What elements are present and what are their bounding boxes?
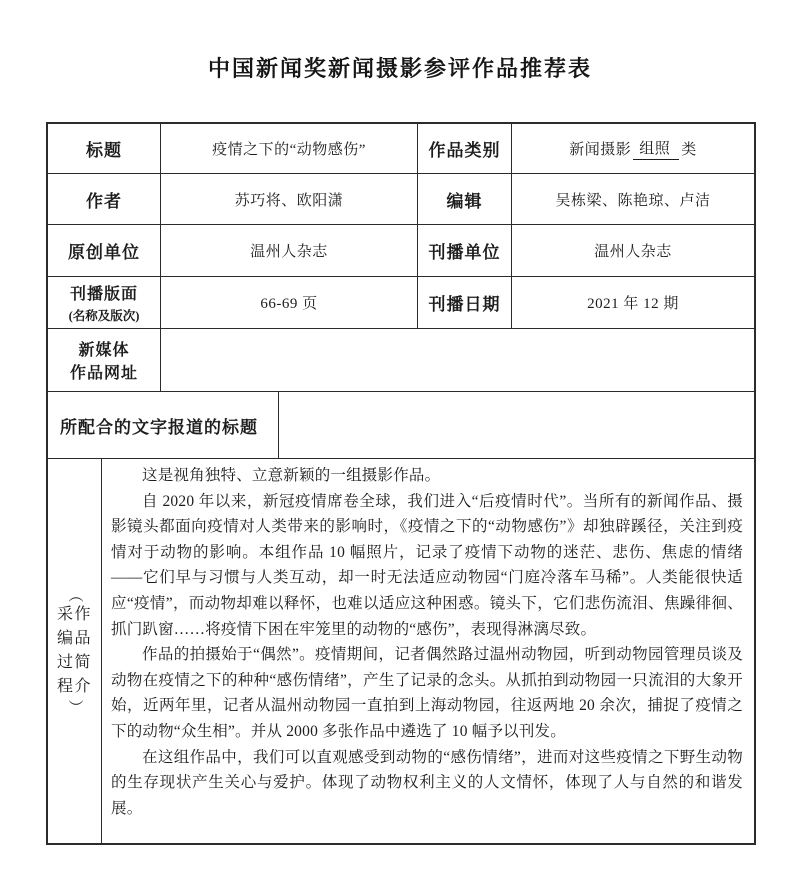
side-label-paren-close: ） bbox=[66, 699, 82, 714]
category-suffix: 类 bbox=[681, 138, 697, 159]
field-label-publish-date: 刊播日期 bbox=[418, 277, 512, 328]
intro-paragraph-4: 在这组作品中，我们可以直观感受到动物的“感伤情绪”，进而对这些疫情之下野生动物的… bbox=[111, 745, 743, 822]
form-row-author-editor: 作者 苏巧将、欧阳潇 编辑 吴栋梁、陈艳琼、卢洁 bbox=[48, 174, 754, 225]
side-label-pair-4: 程介 bbox=[57, 675, 92, 699]
publish-page-label-line2: (名称及版次) bbox=[69, 306, 140, 324]
field-value-editor: 吴栋梁、陈艳琼、卢洁 bbox=[512, 174, 754, 224]
work-intro-side-label: （ 采作 编品 过简 程介 ） bbox=[48, 459, 102, 843]
field-label-author: 作者 bbox=[48, 174, 161, 224]
field-value-category: 新闻摄影 组照 类 bbox=[512, 124, 754, 173]
field-value-author: 苏巧将、欧阳潇 bbox=[161, 174, 418, 224]
field-label-origin-unit: 原创单位 bbox=[48, 225, 161, 276]
side-label-pair-1: 采作 bbox=[57, 603, 92, 627]
category-fill-underline: 组照 bbox=[633, 137, 679, 160]
side-label-pair-2: 编品 bbox=[57, 627, 92, 651]
new-media-label-line2: 作品网址 bbox=[70, 360, 138, 383]
field-label-publish-page: 刊播版面 (名称及版次) bbox=[48, 277, 161, 328]
field-value-work-title: 疫情之下的“动物感伤” bbox=[161, 124, 418, 173]
field-value-publish-date: 2021 年 12 期 bbox=[512, 277, 754, 328]
field-value-new-media-url bbox=[161, 329, 754, 391]
field-value-origin-unit: 温州人杂志 bbox=[161, 225, 418, 276]
field-value-publish-unit: 温州人杂志 bbox=[512, 225, 754, 276]
form-row-origin-publisher: 原创单位 温州人杂志 刊播单位 温州人杂志 bbox=[48, 225, 754, 277]
publish-page-label-line1: 刊播版面 bbox=[70, 281, 138, 304]
intro-paragraph-3: 作品的拍摄始于“偶然”。疫情期间，记者偶然路过温州动物园，听到动物园管理员谈及动… bbox=[111, 642, 743, 744]
field-label-publish-unit: 刊播单位 bbox=[418, 225, 512, 276]
field-label-editor: 编辑 bbox=[418, 174, 512, 224]
work-intro-text: 这是视角独特、立意新颖的一组摄影作品。 自 2020 年以来，新冠疫情席卷全球，… bbox=[102, 459, 754, 843]
side-label-paren-open: （ bbox=[66, 587, 82, 602]
field-label-work-title: 标题 bbox=[48, 124, 161, 173]
category-prefix: 新闻摄影 bbox=[569, 138, 631, 159]
form-row-new-media-url: 新媒体 作品网址 bbox=[48, 329, 754, 392]
intro-paragraph-1: 这是视角独特、立意新颖的一组摄影作品。 bbox=[111, 463, 743, 489]
page-title: 中国新闻奖新闻摄影参评作品推荐表 bbox=[0, 52, 800, 83]
form-row-page-date: 刊播版面 (名称及版次) 66-69 页 刊播日期 2021 年 12 期 bbox=[48, 277, 754, 329]
field-value-text-report-title bbox=[279, 392, 754, 458]
field-label-text-report-title: 所配合的文字报道的标题 bbox=[48, 392, 279, 458]
side-label-pair-3: 过简 bbox=[57, 651, 92, 675]
form-row-text-report-title: 所配合的文字报道的标题 bbox=[48, 392, 754, 459]
field-value-publish-page: 66-69 页 bbox=[161, 277, 418, 328]
recommendation-form-table: 标题 疫情之下的“动物感伤” 作品类别 新闻摄影 组照 类 作者 苏巧将、欧阳潇… bbox=[46, 122, 756, 845]
intro-paragraph-2: 自 2020 年以来，新冠疫情席卷全球，我们进入“后疫情时代”。当所有的新闻作品… bbox=[111, 489, 743, 643]
field-label-category: 作品类别 bbox=[418, 124, 512, 173]
new-media-label-line1: 新媒体 bbox=[78, 337, 129, 360]
field-label-new-media-url: 新媒体 作品网址 bbox=[48, 329, 161, 391]
form-row-title-category: 标题 疫情之下的“动物感伤” 作品类别 新闻摄影 组照 类 bbox=[48, 124, 754, 174]
form-row-work-intro: （ 采作 编品 过简 程介 ） 这是视角独特、立意新颖的一组摄影作品。 自 20… bbox=[48, 459, 754, 843]
